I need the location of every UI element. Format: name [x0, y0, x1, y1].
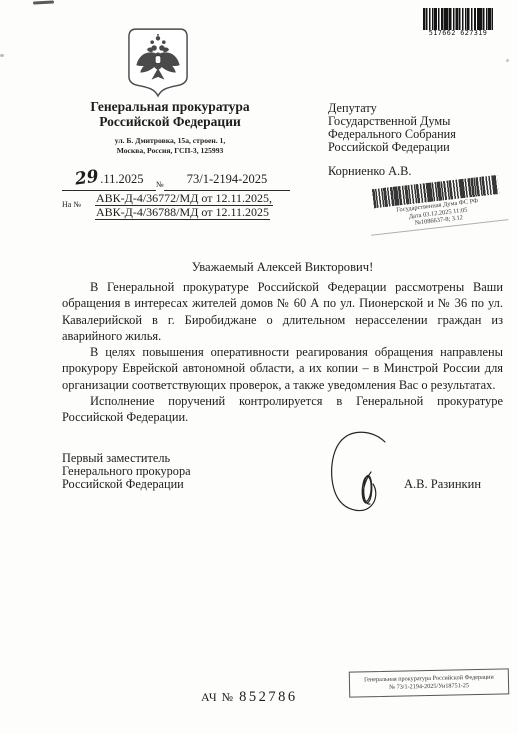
reference-line2: АВК-Д-4/36788/МД от 12.11.2025	[95, 206, 270, 220]
letter-body: В Генеральной прокуратуре Российской Фед…	[62, 279, 503, 426]
letter-date: 29.11.2025	[62, 168, 156, 191]
org-address-line1: ул. Б. Дмитровка, 15а, строен. 1,	[40, 136, 300, 146]
barcode-bars-icon	[423, 8, 493, 30]
recipient-line3: Федерального Собрания	[328, 128, 456, 141]
org-address-line2: Москва, Россия, ГСП-3, 125993	[40, 146, 300, 156]
handwritten-signature	[327, 428, 399, 520]
scanned-letter-page: Генеральная прокуратура Российской Федер…	[0, 0, 518, 734]
form-blank-number: АЧ №852786	[201, 688, 298, 706]
number-sign-label: №	[156, 180, 164, 189]
body-paragraph-2: В целях повышения оперативности реагиров…	[62, 344, 503, 393]
org-name-line1: Генеральная прокуратура	[40, 99, 300, 114]
postal-barcode: 517662 627319	[423, 8, 493, 37]
scan-artifact-dash	[33, 0, 54, 4]
duma-registration-stamp: Государственная Дума ФС РФ Дата 03.12.20…	[366, 174, 508, 235]
org-name: Генеральная прокуратура Российской Федер…	[40, 99, 300, 129]
org-name-line2: Российской Федерации	[40, 114, 300, 129]
body-paragraph-3: Исполнение поручений контролируется в Ге…	[62, 393, 503, 426]
signer-title: Первый заместитель Генерального прокурор…	[62, 452, 191, 491]
scan-artifact-speck	[506, 59, 509, 62]
recipient-line4: Российской Федерации	[328, 141, 456, 154]
body-paragraph-1: В Генеральной прокуратуре Российской Фед…	[62, 279, 503, 344]
org-address: ул. Б. Дмитровка, 15а, строен. 1, Москва…	[40, 136, 300, 155]
date-rest: .11.2025	[100, 172, 143, 186]
blank-number-digits: 852786	[239, 689, 298, 705]
russian-coat-of-arms-icon	[127, 28, 189, 98]
recipient-line2: Государственной Думы	[328, 115, 456, 128]
blank-number-label: АЧ №	[201, 690, 234, 704]
reference-label: На №	[62, 200, 81, 209]
prosecutor-registration-stamp: Генеральная прокуратура Российской Федер…	[349, 668, 510, 697]
recipient-name: Корниенко А.В.	[328, 164, 412, 179]
scan-artifact-speck	[0, 54, 4, 57]
recipient-line1: Депутату	[328, 102, 456, 115]
reference-line1: АВК-Д-4/36772/МД от 12.11.2025,	[95, 192, 273, 206]
reference-numbers: АВК-Д-4/36772/МД от 12.11.2025, АВК-Д-4/…	[95, 192, 273, 220]
handwritten-day: 29	[73, 166, 99, 189]
coat-of-arms-emblem	[127, 28, 189, 98]
recipient-block: Депутату Государственной Думы Федерально…	[328, 102, 456, 154]
salutation: Уважаемый Алексей Викторович!	[62, 260, 503, 275]
outgoing-number: 73/1-2194-2025	[164, 172, 290, 191]
signer-name: А.В. Разинкин	[404, 477, 481, 492]
signer-title-line3: Российской Федерации	[62, 478, 191, 491]
barcode-digits: 517662 627319	[423, 29, 493, 37]
signature-scribble-icon	[327, 428, 399, 520]
